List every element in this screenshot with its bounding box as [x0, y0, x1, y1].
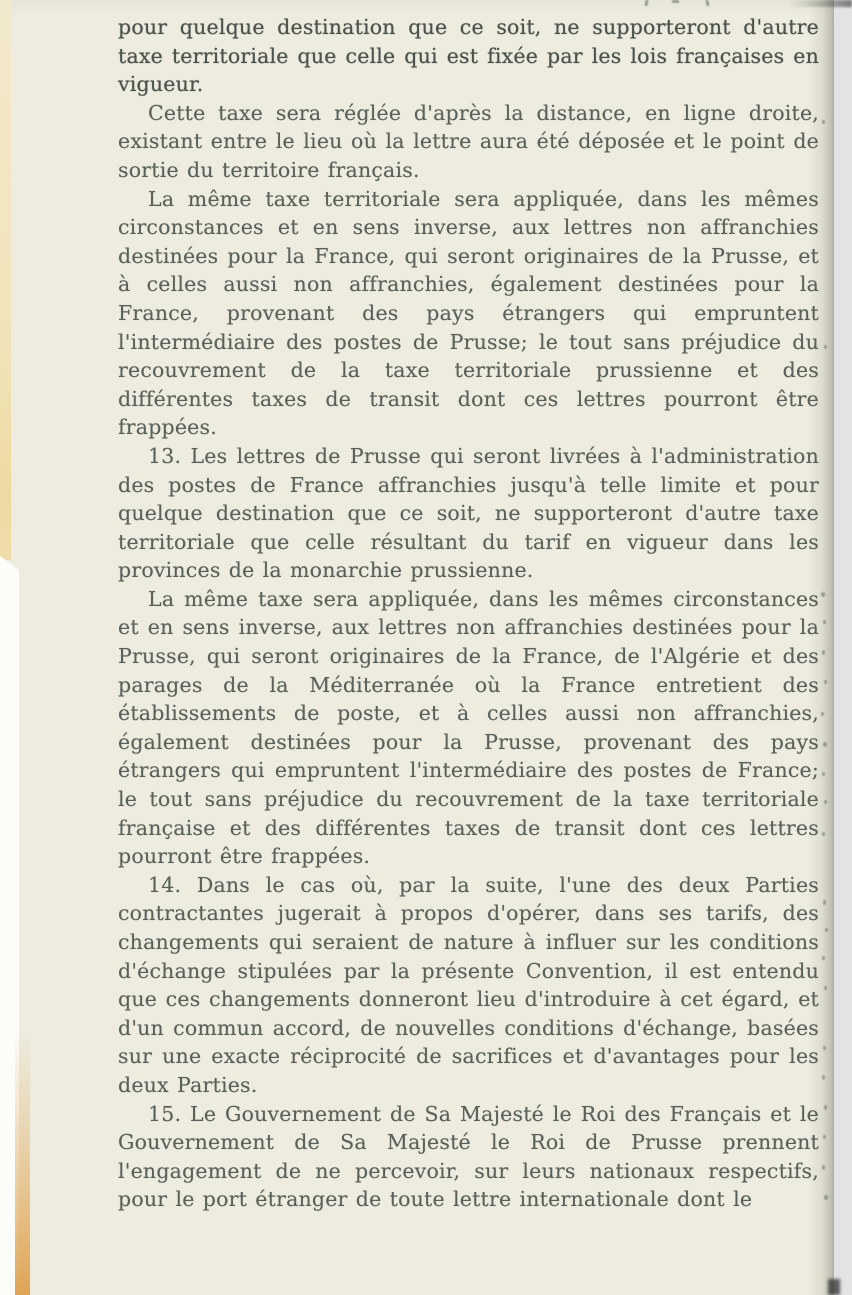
- paragraph-article-13: 13. Les lettres de Prusse qui seront liv…: [118, 442, 819, 585]
- bleed-through-speck: [822, 772, 825, 776]
- bleed-through-speck: [821, 712, 824, 716]
- paragraph: La même taxe sera appliquée, dans les mê…: [118, 585, 819, 871]
- bleed-through-speck: [824, 345, 827, 349]
- paragraph-article-15: 15. Le Gouvernement de Sa Majesté le Roi…: [118, 1100, 819, 1214]
- bleed-through-speck: [824, 680, 827, 684]
- bleed-through-speck: [821, 592, 825, 597]
- bleed-through-speck: [822, 650, 825, 655]
- bottom-right-dark-spot: [828, 1279, 840, 1295]
- paragraph-continuation: pour quelque destination que ce soit, ne…: [118, 13, 819, 99]
- bleed-through-speck: [824, 1105, 827, 1110]
- bleed-through-speck: [822, 956, 825, 960]
- bleed-through-speck: [824, 1195, 828, 1200]
- bleed-through-speck: [823, 620, 826, 624]
- bleed-through-speck: [823, 742, 827, 747]
- bleed-through-speck: [825, 928, 828, 932]
- paragraph: La même taxe territoriale sera appliquée…: [118, 185, 819, 442]
- bleed-through-speck: [824, 800, 827, 804]
- paragraph: Cette taxe sera réglée d'après la distan…: [118, 99, 819, 185]
- cut-off-header-mark: [672, 0, 679, 3]
- top-right-smudge: [788, 0, 852, 7]
- bleed-through-speck: [822, 120, 825, 124]
- page-text-block: pour quelque destination que ce soit, ne…: [118, 13, 819, 1214]
- bleed-through-speck: [823, 1046, 826, 1050]
- bleed-through-speck: [823, 1135, 826, 1139]
- page-stack-orange-edge: [15, 1030, 30, 1295]
- bleed-through-speck: [822, 832, 825, 836]
- bleed-through-speck: [823, 900, 826, 905]
- bleed-through-speck: [822, 1075, 825, 1080]
- scanned-document-page: pour quelque destination que ce soit, ne…: [0, 0, 852, 1295]
- bleed-through-speck: [824, 986, 827, 990]
- bleed-through-speck: [822, 1165, 825, 1170]
- paragraph-article-14: 14. Dans le cas où, par la suite, l'une …: [118, 871, 819, 1100]
- gutter-yellow-edge: [0, 0, 11, 560]
